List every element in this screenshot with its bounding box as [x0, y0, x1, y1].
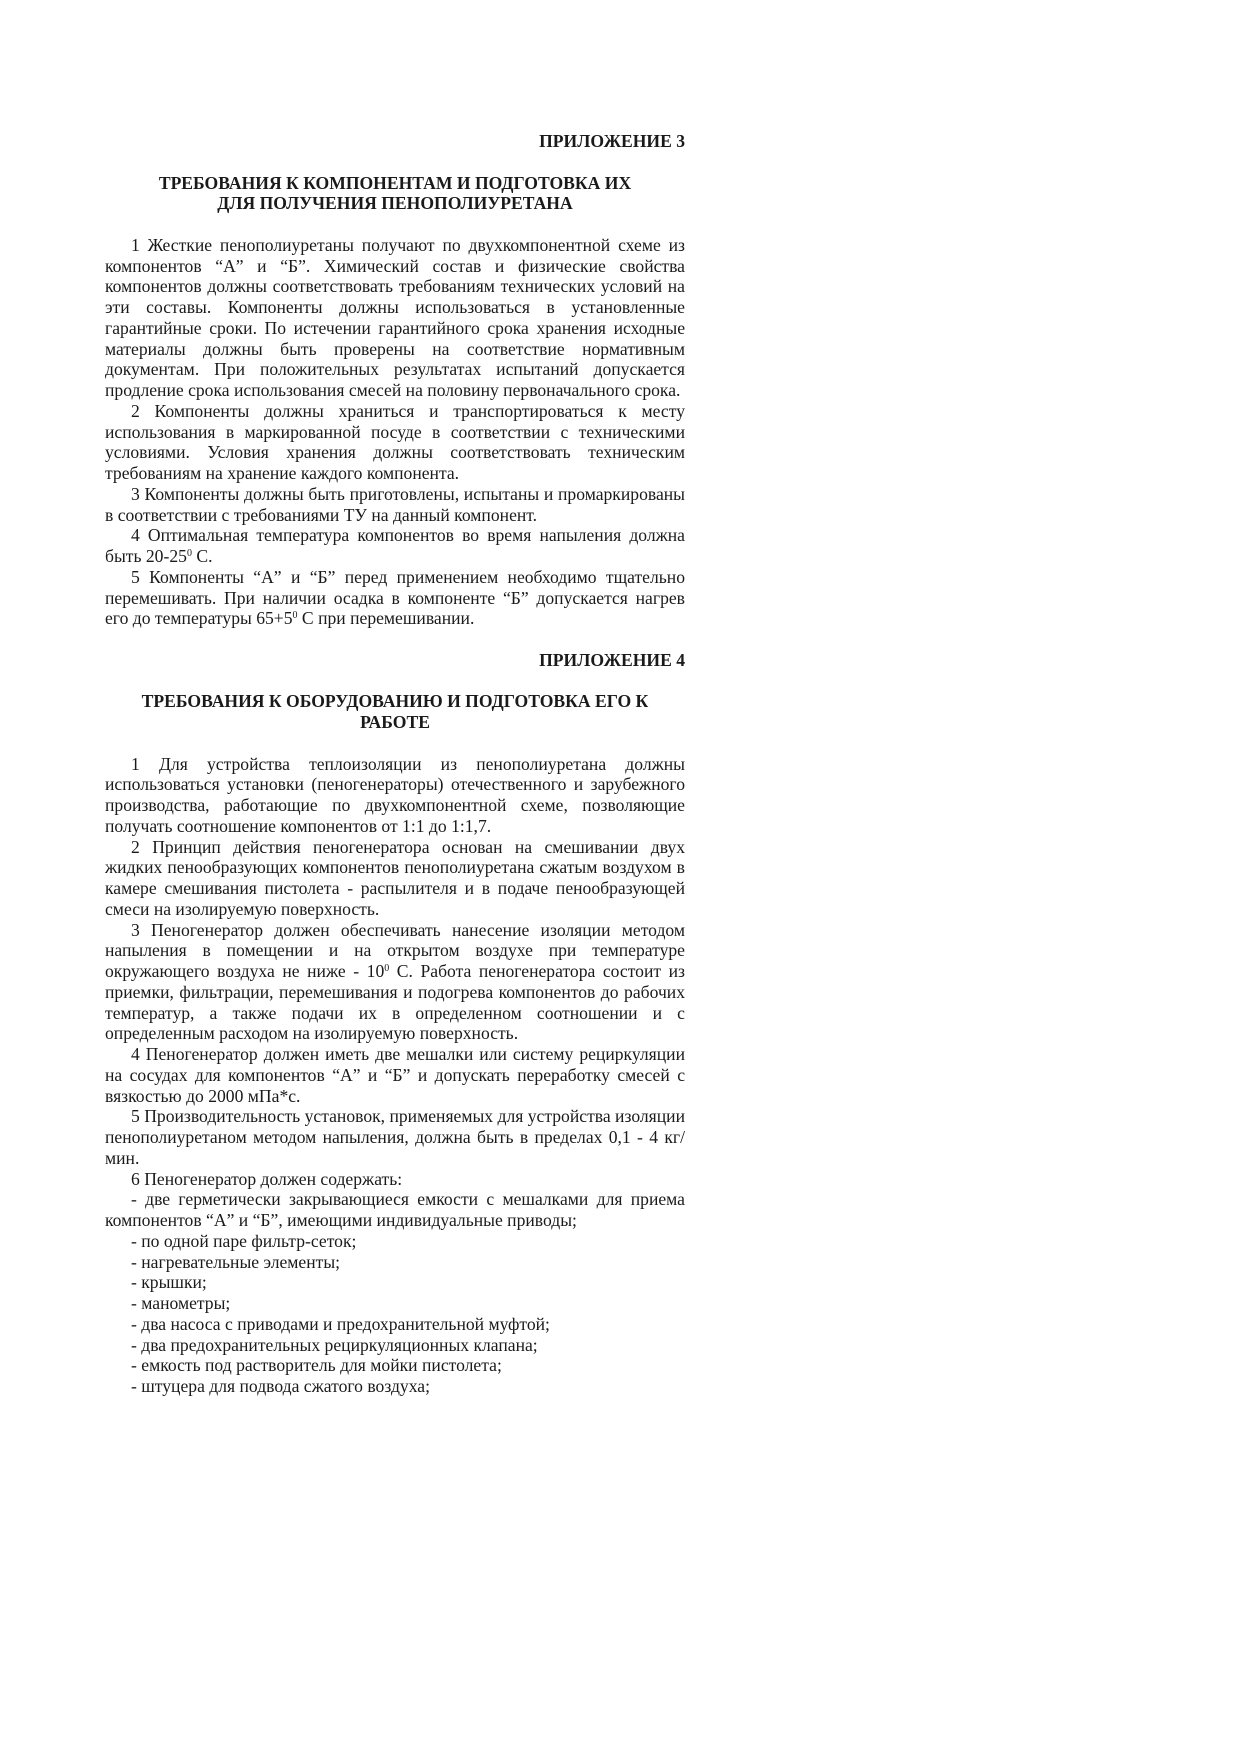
list-item: - по одной паре фильтр-сеток;: [105, 1231, 685, 1252]
appendix-3-label: ПРИЛОЖЕНИЕ 3: [105, 131, 685, 152]
appendix-3-paragraph-5: 5 Компоненты “А” и “Б” перед применением…: [105, 567, 685, 629]
list-item: - емкость под растворитель для мойки пис…: [105, 1355, 685, 1376]
list-item: - крышки;: [105, 1272, 685, 1293]
appendix-4-title-line-2: РАБОТЕ: [105, 712, 685, 733]
list-item: - манометры;: [105, 1293, 685, 1314]
appendix-4-paragraph-1: 1 Для устройства теплоизоляции из пенопо…: [105, 754, 685, 837]
list-item: - штуцера для подвода сжатого воздуха;: [105, 1376, 685, 1397]
appendix-3-title-line-2: ДЛЯ ПОЛУЧЕНИЯ ПЕНОПОЛИУРЕТАНА: [105, 193, 685, 214]
appendix-4-paragraph-4: 4 Пеногенератор должен иметь две мешалки…: [105, 1044, 685, 1106]
appendix-3-title-line-1: ТРЕБОВАНИЯ К КОМПОНЕНТАМ И ПОДГОТОВКА ИХ: [105, 173, 685, 194]
appendix-4-title-line-1: ТРЕБОВАНИЯ К ОБОРУДОВАНИЮ И ПОДГОТОВКА Е…: [105, 691, 685, 712]
appendix-4-paragraph-5: 5 Производительность установок, применяе…: [105, 1106, 685, 1168]
appendix-4-paragraph-2: 2 Принцип действия пеногенератора основа…: [105, 837, 685, 920]
list-item: - две герметически закрывающиеся емкости…: [105, 1189, 685, 1231]
appendix-3-paragraph-2: 2 Компоненты должны храниться и транспор…: [105, 401, 685, 484]
document-page: ПРИЛОЖЕНИЕ 3 ТРЕБОВАНИЯ К КОМПОНЕНТАМ И …: [105, 131, 685, 1397]
appendix-4-paragraph-6: 6 Пеногенератор должен содержать:: [105, 1169, 685, 1190]
list-item: - нагревательные элементы;: [105, 1252, 685, 1273]
list-item: - два предохранительных рециркуляционных…: [105, 1335, 685, 1356]
p5-text-end: С при перемешивании.: [298, 608, 475, 628]
appendix-3-paragraph-4: 4 Оптимальная температура компонентов во…: [105, 525, 685, 567]
appendix-3-paragraph-3: 3 Компоненты должны быть приготовлены, и…: [105, 484, 685, 526]
appendix-4-label: ПРИЛОЖЕНИЕ 4: [105, 650, 685, 671]
p4-text-end: С.: [192, 546, 213, 566]
list-item: - два насоса с приводами и предохранител…: [105, 1314, 685, 1335]
appendix-4-paragraph-3: 3 Пеногенератор должен обеспечивать нане…: [105, 920, 685, 1045]
appendix-3-paragraph-1: 1 Жесткие пенополиуретаны получают по дв…: [105, 235, 685, 401]
